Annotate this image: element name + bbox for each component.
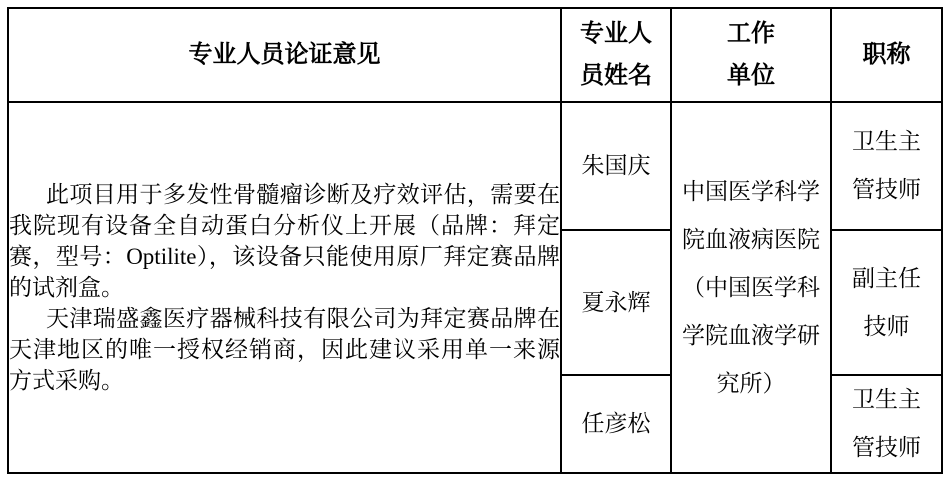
work-unit-cell: 中国医学科学院血液病医院（中国医学科学院血液学研究所） <box>671 102 831 473</box>
opinion-cell: 此项目用于多发性骨髓瘤诊断及疗效评估，需要在我院现有设备全自动蛋白分析仪上开展（… <box>8 102 561 473</box>
opinion-header-label: 专业人员论证意见 <box>189 42 381 68</box>
expert-name-header-label: 专业人员姓名 <box>578 13 655 97</box>
job-title-header: 职称 <box>831 8 942 102</box>
expert-name-cell-2: 夏永辉 <box>561 230 671 375</box>
job-title-cell-1: 卫生主管技师 <box>831 102 942 230</box>
job-title-3: 卫生主管技师 <box>850 376 924 472</box>
expert-row-1: 此项目用于多发性骨髓瘤诊断及疗效评估，需要在我院现有设备全自动蛋白分析仪上开展（… <box>8 102 942 230</box>
opinion-paragraph-1: 此项目用于多发性骨髓瘤诊断及疗效评估，需要在我院现有设备全自动蛋白分析仪上开展（… <box>9 179 560 303</box>
expert-name-2: 夏永辉 <box>582 290 651 315</box>
opinion-header: 专业人员论证意见 <box>8 8 561 102</box>
expert-name-1: 朱国庆 <box>582 153 651 178</box>
table-header-row: 专业人员论证意见 专业人员姓名 工作单位 职称 <box>8 8 942 102</box>
expert-name-header: 专业人员姓名 <box>561 8 671 102</box>
work-unit-header: 工作单位 <box>671 8 831 102</box>
document-page: 专业人员论证意见 专业人员姓名 工作单位 职称 此项目用于多发性骨髓瘤诊断及疗效… <box>0 0 949 482</box>
opinion-paragraph-2: 天津瑞盛鑫医疗器械科技有限公司为拜定赛品牌在天津地区的唯一授权经销商，因此建议采… <box>9 303 560 396</box>
job-title-header-label: 职称 <box>863 42 911 68</box>
work-unit-header-label: 工作单位 <box>725 13 778 97</box>
job-title-cell-2: 副主任技师 <box>831 230 942 375</box>
expert-name-cell-1: 朱国庆 <box>561 102 671 230</box>
job-title-cell-3: 卫生主管技师 <box>831 375 942 473</box>
work-unit-text: 中国医学科学院血液病医院（中国医学科学院血液学研究所） <box>682 179 820 396</box>
expert-name-3: 任彦松 <box>582 411 651 436</box>
job-title-1: 卫生主管技师 <box>850 118 924 214</box>
job-title-2: 副主任技师 <box>850 255 924 351</box>
expert-opinion-table: 专业人员论证意见 专业人员姓名 工作单位 职称 此项目用于多发性骨髓瘤诊断及疗效… <box>7 7 943 474</box>
expert-name-cell-3: 任彦松 <box>561 375 671 473</box>
